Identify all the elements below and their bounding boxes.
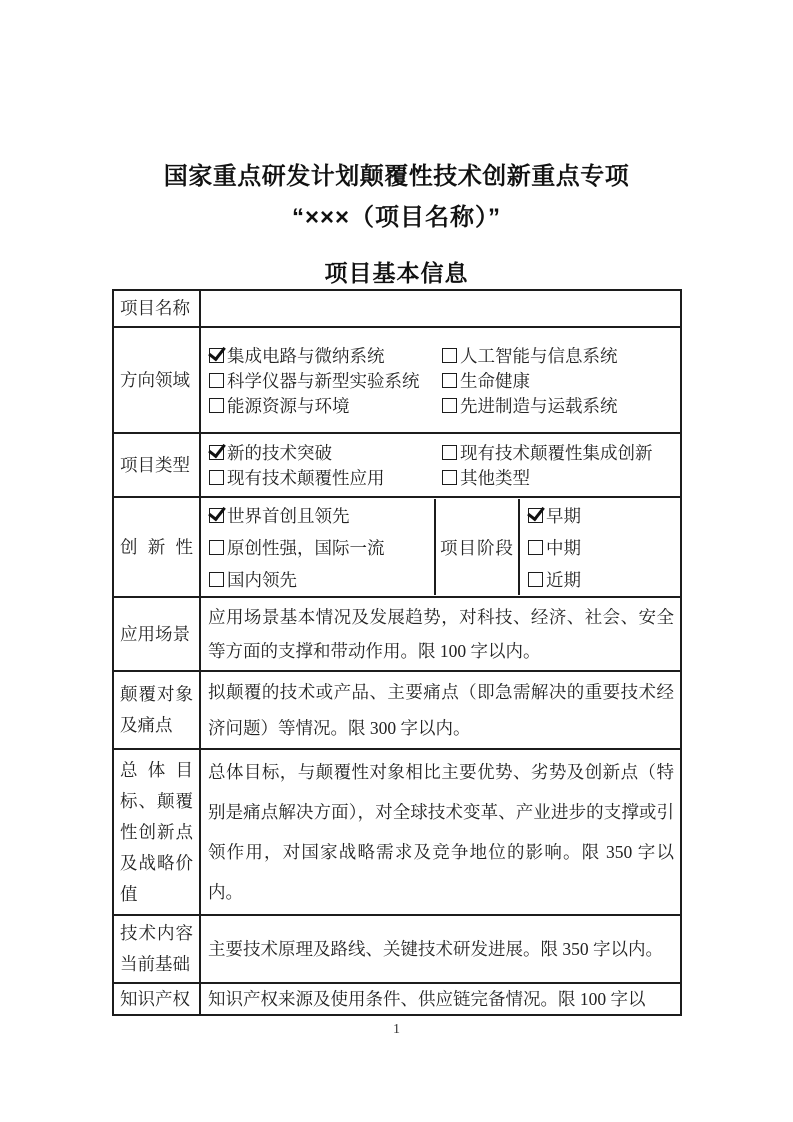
stage-options: 早期 中期 近期 bbox=[520, 499, 680, 595]
project-name-label: 项目名称 bbox=[113, 290, 200, 327]
option-label: 其他类型 bbox=[460, 465, 530, 490]
application-label: 应用场景 bbox=[113, 597, 200, 671]
checkbox-icon[interactable] bbox=[442, 445, 457, 460]
table-row-project-type: 项目类型 新的技术突破 现有技术颠覆性集成创新 bbox=[113, 433, 681, 497]
checkbox-checked-icon[interactable] bbox=[209, 445, 224, 460]
option-label: 生命健康 bbox=[460, 368, 530, 393]
checkbox-icon[interactable] bbox=[209, 470, 224, 485]
document-title-line2: “×××（项目名称）” bbox=[0, 197, 793, 232]
stage-option-1[interactable]: 早期 bbox=[528, 503, 680, 528]
option-label: 现有技术颠覆性应用 bbox=[227, 465, 385, 490]
direction-option-5[interactable]: 能源资源与环境 bbox=[209, 393, 442, 418]
project-type-label: 项目类型 bbox=[113, 433, 200, 497]
table-row-innovation: 创新性 世界首创且领先 原创性强，国际一流 bbox=[113, 497, 681, 597]
innovation-options: 世界首创且领先 原创性强，国际一流 国内领先 bbox=[201, 499, 436, 595]
option-label: 先进制造与运载系统 bbox=[460, 393, 618, 418]
table-row-ip: 知识产权 知识产权来源及使用条件、供应链完备情况。限 100 字以 bbox=[113, 983, 681, 1015]
option-label: 早期 bbox=[546, 503, 581, 528]
table-row-goal: 总体目标、颠覆性创新点及战略价值 总体目标，与颠覆性对象相比主要优势、劣势及创新… bbox=[113, 749, 681, 915]
table-row-direction: 方向领域 集成电路与微纳系统 人工智能与信息系统 bbox=[113, 327, 681, 433]
checkbox-checked-icon[interactable] bbox=[209, 348, 224, 363]
checkbox-icon[interactable] bbox=[442, 348, 457, 363]
project-info-table: 项目名称 方向领域 集成电路与微纳系统 人工智能与信息系统 bbox=[112, 289, 682, 1016]
direction-option-1[interactable]: 集成电路与微纳系统 bbox=[209, 343, 442, 368]
document-page: 国家重点研发计划颠覆性技术创新重点专项 “×××（项目名称）” 项目基本信息 项… bbox=[0, 0, 793, 1122]
table-row-project-name: 项目名称 bbox=[113, 290, 681, 327]
goal-desc: 总体目标，与颠覆性对象相比主要优势、劣势及创新点（特别是痛点解决方面），对全球技… bbox=[200, 749, 681, 915]
innovation-cell: 世界首创且领先 原创性强，国际一流 国内领先 项目阶段 bbox=[200, 497, 681, 597]
section-title: 项目基本信息 bbox=[0, 255, 793, 288]
ip-desc: 知识产权来源及使用条件、供应链完备情况。限 100 字以 bbox=[200, 983, 681, 1015]
direction-line-1: 集成电路与微纳系统 人工智能与信息系统 bbox=[209, 343, 680, 368]
option-label: 新的技术突破 bbox=[227, 440, 332, 465]
direction-label: 方向领域 bbox=[113, 327, 200, 433]
checkbox-icon[interactable] bbox=[209, 373, 224, 388]
option-label: 人工智能与信息系统 bbox=[460, 343, 618, 368]
option-label: 原创性强，国际一流 bbox=[227, 535, 385, 560]
option-label: 集成电路与微纳系统 bbox=[227, 343, 385, 368]
direction-option-4[interactable]: 生命健康 bbox=[442, 368, 530, 393]
option-label: 近期 bbox=[546, 567, 581, 592]
checkbox-icon[interactable] bbox=[442, 398, 457, 413]
table-row-application: 应用场景 应用场景基本情况及发展趋势，对科技、经济、社会、安全等方面的支撑和带动… bbox=[113, 597, 681, 671]
checkbox-icon[interactable] bbox=[528, 572, 543, 587]
option-label: 国内领先 bbox=[227, 567, 297, 592]
table-row-target: 颠覆对象及痛点 拟颠覆的技术或产品、主要痛点（即急需解决的重要技术经济问题）等情… bbox=[113, 671, 681, 749]
project-type-line-2: 现有技术颠覆性应用 其他类型 bbox=[209, 465, 680, 490]
project-type-option-3[interactable]: 现有技术颠覆性应用 bbox=[209, 465, 442, 490]
goal-label: 总体目标、颠覆性创新点及战略价值 bbox=[113, 749, 200, 915]
direction-option-2[interactable]: 人工智能与信息系统 bbox=[442, 343, 618, 368]
option-label: 能源资源与环境 bbox=[227, 393, 350, 418]
page-number: 1 bbox=[0, 1022, 793, 1038]
checkbox-icon[interactable] bbox=[209, 540, 224, 555]
option-label: 世界首创且领先 bbox=[227, 503, 350, 528]
project-type-option-2[interactable]: 现有技术颠覆性集成创新 bbox=[442, 440, 653, 465]
direction-option-6[interactable]: 先进制造与运载系统 bbox=[442, 393, 618, 418]
innovation-option-2[interactable]: 原创性强，国际一流 bbox=[209, 535, 434, 560]
project-name-value-cell[interactable] bbox=[200, 290, 681, 327]
direction-option-3[interactable]: 科学仪器与新型实验系统 bbox=[209, 368, 442, 393]
checkbox-icon[interactable] bbox=[442, 373, 457, 388]
target-desc: 拟颠覆的技术或产品、主要痛点（即急需解决的重要技术经济问题）等情况。限 300 … bbox=[200, 671, 681, 749]
checkbox-checked-icon[interactable] bbox=[528, 508, 543, 523]
stage-option-2[interactable]: 中期 bbox=[528, 535, 680, 560]
direction-options-cell: 集成电路与微纳系统 人工智能与信息系统 科学仪器与新型实验系统 bbox=[200, 327, 681, 433]
document-title-line1: 国家重点研发计划颠覆性技术创新重点专项 bbox=[0, 156, 793, 191]
tech-label: 技术内容当前基础 bbox=[113, 915, 200, 983]
option-label: 中期 bbox=[546, 535, 581, 560]
table-row-tech: 技术内容当前基础 主要技术原理及路线、关键技术研发进展。限 350 字以内。 bbox=[113, 915, 681, 983]
innovation-label: 创新性 bbox=[113, 497, 200, 597]
checkbox-icon[interactable] bbox=[528, 540, 543, 555]
target-label: 颠覆对象及痛点 bbox=[113, 671, 200, 749]
tech-desc: 主要技术原理及路线、关键技术研发进展。限 350 字以内。 bbox=[200, 915, 681, 983]
option-label: 现有技术颠覆性集成创新 bbox=[460, 440, 653, 465]
checkbox-checked-icon[interactable] bbox=[209, 508, 224, 523]
project-type-options-cell: 新的技术突破 现有技术颠覆性集成创新 现有技术颠覆性应用 bbox=[200, 433, 681, 497]
checkbox-icon[interactable] bbox=[209, 572, 224, 587]
stage-option-3[interactable]: 近期 bbox=[528, 567, 680, 592]
innovation-option-3[interactable]: 国内领先 bbox=[209, 567, 434, 592]
direction-line-3: 能源资源与环境 先进制造与运载系统 bbox=[209, 393, 680, 418]
project-type-option-4[interactable]: 其他类型 bbox=[442, 465, 530, 490]
project-type-line-1: 新的技术突破 现有技术颠覆性集成创新 bbox=[209, 440, 680, 465]
stage-label: 项目阶段 bbox=[436, 499, 520, 595]
direction-line-2: 科学仪器与新型实验系统 生命健康 bbox=[209, 368, 680, 393]
innovation-option-1[interactable]: 世界首创且领先 bbox=[209, 503, 434, 528]
checkbox-icon[interactable] bbox=[442, 470, 457, 485]
option-label: 科学仪器与新型实验系统 bbox=[227, 368, 420, 393]
checkbox-icon[interactable] bbox=[209, 398, 224, 413]
project-type-option-1[interactable]: 新的技术突破 bbox=[209, 440, 442, 465]
ip-label: 知识产权 bbox=[113, 983, 200, 1015]
application-desc: 应用场景基本情况及发展趋势，对科技、经济、社会、安全等方面的支撑和带动作用。限 … bbox=[200, 597, 681, 671]
